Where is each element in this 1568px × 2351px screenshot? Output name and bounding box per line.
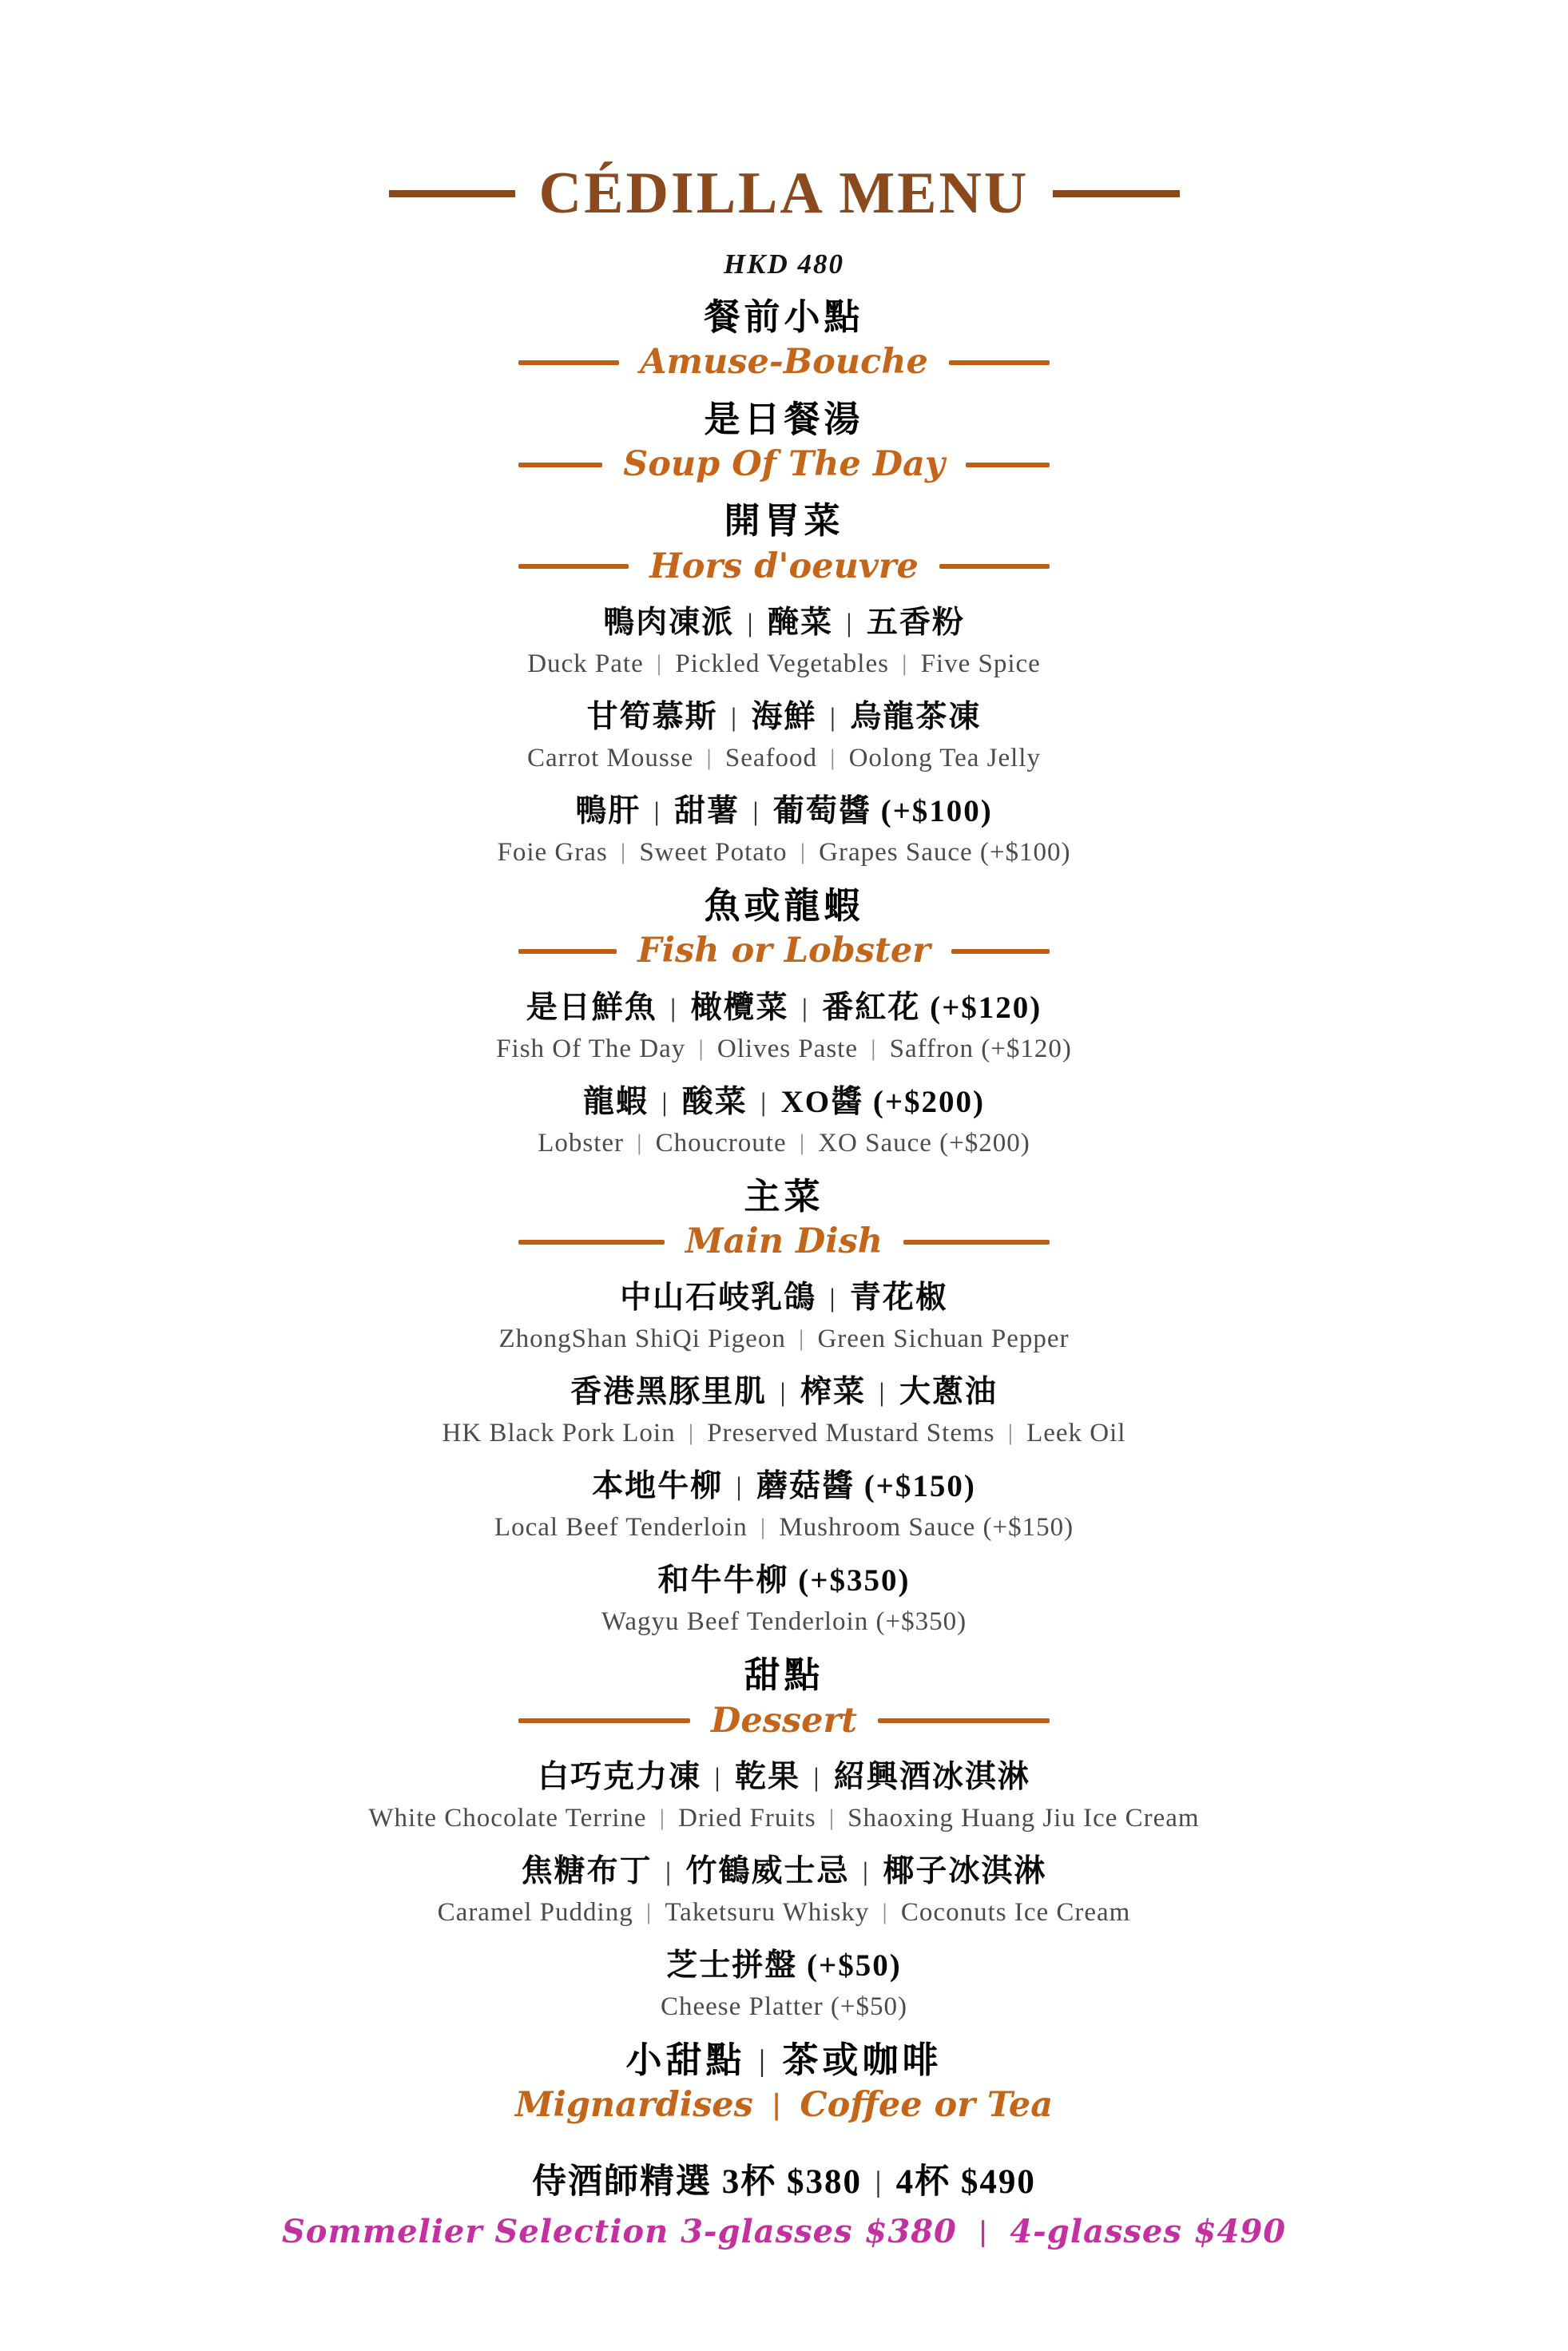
section-title-zh: 開胃菜 [0, 498, 1568, 543]
dish-name-zh-part: 龍蝦 [583, 1085, 649, 1119]
divider-line-right [878, 1718, 1050, 1723]
dish-row: 鴨肝|甜薯|葡萄醬 (+$100)Foie Gras|Sweet Potato|… [0, 792, 1568, 869]
dish-name-en: HK Black Pork Loin|Preserved Mustard Ste… [0, 1417, 1568, 1450]
dish-row: 龍蝦|酸菜|XO醬 (+$200)Lobster|Choucroute|XO S… [0, 1083, 1568, 1160]
dish-name-en: Cheese Platter (+$50) [0, 1991, 1568, 2023]
dish-name-en-part: Mushroom Sauce (+$150) [779, 1513, 1074, 1542]
dish-name-zh-part: 芝士拼盤 (+$50) [666, 1948, 901, 1983]
separator-bar: | [736, 1471, 744, 1503]
dish-row: 香港黑豚里肌|榨菜|大蔥油HK Black Pork Loin|Preserve… [0, 1373, 1568, 1450]
separator-bar: | [902, 650, 908, 678]
dish-name-zh-part: 紹興酒冰淇淋 [834, 1760, 1030, 1794]
section-title-script-part: Main Dish [685, 1221, 883, 1261]
section-title-script-part: Fish or Lobster [637, 931, 931, 971]
separator-bar: | [800, 839, 807, 867]
divider-line-right [939, 564, 1050, 569]
separator-bar: | [875, 2165, 883, 2198]
separator-bar: | [829, 1805, 836, 1833]
separator-bar: | [752, 796, 760, 828]
footer-sommelier-zh: 侍酒師精選 3杯 $380|4杯 $490 [0, 2154, 1568, 2203]
separator-bar: | [731, 701, 739, 734]
dish-name-zh-part: 海鮮 [751, 700, 816, 734]
separator-bar: | [830, 745, 836, 772]
separator-bar: | [689, 1420, 695, 1448]
dish-name-en-part: Leek Oil [1026, 1419, 1125, 1448]
dish-name-en-part: Pickled Vegetables [675, 649, 889, 678]
footer-script-part: Sommelier Selection 3-glasses $380 [282, 2213, 957, 2250]
separator-bar: | [846, 607, 854, 640]
dish-name-en-part: Five Spice [921, 649, 1041, 678]
separator-bar: | [802, 991, 810, 1024]
separator-bar: | [646, 1899, 653, 1927]
dish-name-en-part: Green Sichuan Pepper [817, 1324, 1069, 1353]
dish-name-zh-part: 葡萄醬 (+$100) [773, 794, 993, 828]
dish-name-zh-part: 酸菜 [682, 1085, 748, 1119]
dish-name-zh: 芝士拼盤 (+$50) [0, 1947, 1568, 1986]
section-title-zh: 甜點 [0, 1653, 1568, 1698]
dish-name-zh-part: 橄欖菜 [691, 991, 789, 1025]
separator-bar: | [1007, 1420, 1014, 1448]
dish-name-zh: 香港黑豚里肌|榨菜|大蔥油 [0, 1373, 1568, 1412]
footer-sommelier-script: Sommelier Selection 3-glasses $380|4-gla… [0, 2213, 1568, 2250]
section-title-zh-part: 甜點 [744, 1655, 824, 1695]
section-title-script-part: Amuse-Bouche [640, 342, 928, 382]
separator-bar: | [653, 796, 661, 828]
menu-section: 甜點Dessert白巧克力凍|乾果|紹興酒冰淇淋White Chocolate … [0, 1653, 1568, 2023]
section-title-script: Main Dish [685, 1222, 883, 1261]
dish-row: 甘筍慕斯|海鮮|烏龍茶凍Carrot Mousse|Seafood|Oolong… [0, 698, 1568, 775]
section-title-script: Mignardises|Coffee or Tea [515, 2086, 1053, 2125]
dish-name-zh-part: 乾果 [735, 1760, 800, 1794]
section-title-script: Amuse-Bouche [640, 343, 928, 382]
dish-name-en: Local Beef Tenderloin|Mushroom Sauce (+$… [0, 1511, 1568, 1544]
dish-name-en-part: XO Sauce (+$200) [818, 1129, 1030, 1158]
dish-name-en-part: Cheese Platter (+$50) [661, 1992, 907, 2021]
separator-bar: | [670, 991, 678, 1024]
dish-name-en-part: Foie Gras [497, 838, 607, 867]
dish-name-en-part: HK Black Pork Loin [443, 1419, 676, 1448]
dish-name-zh: 鴨肉凍派|醃菜|五香粉 [0, 604, 1568, 643]
page-title: CÉDILLA MENU [539, 160, 1030, 228]
divider-line-left [518, 564, 629, 569]
separator-bar: | [863, 1856, 871, 1888]
dish-name-en-part: Local Beef Tenderloin [494, 1513, 748, 1542]
dish-row: 和牛牛柳 (+$350)Wagyu Beef Tenderloin (+$350… [0, 1562, 1568, 1638]
menu-price: HKD 480 [0, 248, 1568, 280]
section-subtitle-row: Soup Of The Day [518, 445, 1050, 484]
separator-bar: | [698, 1035, 705, 1063]
separator-bar: | [800, 1130, 806, 1158]
dish-name-zh-part: 焦糖布丁 [522, 1854, 653, 1888]
separator-bar: | [637, 1130, 643, 1158]
dish-name-zh-part: 甜薯 [674, 794, 740, 828]
section-title-zh-part: 主菜 [744, 1177, 824, 1217]
section-subtitle-row: Dessert [518, 1702, 1050, 1741]
dish-name-zh-part: 香港黑豚里肌 [570, 1375, 767, 1409]
separator-bar: | [665, 1856, 673, 1888]
dish-name-en: Duck Pate|Pickled Vegetables|Five Spice [0, 648, 1568, 681]
dish-name-zh-part: 醃菜 [768, 606, 833, 640]
section-title-script-part: Soup Of The Day [623, 444, 945, 484]
dish-name-en-part: Shaoxing Huang Jiu Ice Cream [848, 1804, 1199, 1833]
dish-name-zh: 本地牛柳|蘑菇醬 (+$150) [0, 1467, 1568, 1507]
separator-bar: | [978, 2216, 989, 2247]
dish-name-en: Wagyu Beef Tenderloin (+$350) [0, 1606, 1568, 1638]
dish-name-en-part: Seafood [725, 744, 817, 772]
menu-section: 主菜Main Dish中山石岐乳鴿|青花椒ZhongShan ShiQi Pig… [0, 1174, 1568, 1639]
dish-name-en-part: Wagyu Beef Tenderloin (+$350) [601, 1607, 967, 1636]
dish-name-en-part: Choucroute [656, 1129, 787, 1158]
menu-section: 開胃菜Hors d'oeuvre鴨肉凍派|醃菜|五香粉Duck Pate|Pic… [0, 498, 1568, 869]
dish-row: 鴨肉凍派|醃菜|五香粉Duck Pate|Pickled Vegetables|… [0, 604, 1568, 681]
dish-row: 白巧克力凍|乾果|紹興酒冰淇淋White Chocolate Terrine|D… [0, 1758, 1568, 1835]
separator-bar: | [813, 1761, 821, 1794]
dish-name-en: Fish Of The Day|Olives Paste|Saffron (+$… [0, 1033, 1568, 1066]
section-title-script: Soup Of The Day [623, 445, 945, 484]
footer-script-part: 4-glasses $490 [1010, 2213, 1286, 2250]
dish-row: 是日鮮魚|橄欖菜|番紅花 (+$120)Fish Of The Day|Oliv… [0, 989, 1568, 1066]
menu-section: 魚或龍蝦Fish or Lobster是日鮮魚|橄欖菜|番紅花 (+$120)F… [0, 884, 1568, 1160]
dish-name-en: White Chocolate Terrine|Dried Fruits|Sha… [0, 1802, 1568, 1835]
separator-bar: | [799, 1325, 805, 1353]
separator-bar: | [760, 1086, 768, 1118]
separator-bar: | [829, 1282, 837, 1315]
separator-bar: | [714, 1761, 722, 1794]
dish-name-en-part: Olives Paste [717, 1035, 858, 1063]
divider-line-right [951, 949, 1050, 954]
title-divider-left [389, 190, 515, 197]
dish-name-zh-part: 中山石岐乳鴿 [620, 1281, 816, 1315]
separator-bar: | [879, 1376, 887, 1409]
dish-name-en-part: Lobster [538, 1129, 624, 1158]
dish-row: 焦糖布丁|竹鶴威士忌|椰子冰淇淋Caramel Pudding|Taketsur… [0, 1853, 1568, 1929]
dish-name-zh-part: 榨菜 [800, 1375, 866, 1409]
separator-bar: | [621, 839, 627, 867]
section-title-zh: 餐前小點 [0, 295, 1568, 340]
footer-zh-part: 4杯 $490 [896, 2163, 1036, 2201]
menu-sections: 餐前小點Amuse-Bouche是日餐湯Soup Of The Day開胃菜Ho… [0, 295, 1568, 2126]
dish-name-en: ZhongShan ShiQi Pigeon|Green Sichuan Pep… [0, 1323, 1568, 1356]
dish-name-zh-part: 烏龍茶凍 [850, 700, 981, 734]
separator-bar: | [758, 2041, 769, 2079]
dish-name-en-part: Sweet Potato [639, 838, 787, 867]
divider-line-left [518, 463, 602, 467]
divider-line-right [903, 1240, 1050, 1245]
menu-section: 餐前小點Amuse-Bouche [0, 295, 1568, 383]
menu-page: CÉDILLA MENU HKD 480 餐前小點Amuse-Bouche是日餐… [0, 0, 1568, 2250]
dish-name-zh-part: 本地牛柳 [592, 1469, 723, 1503]
dish-name-en: Carrot Mousse|Seafood|Oolong Tea Jelly [0, 742, 1568, 775]
dish-name-zh-part: 是日鮮魚 [526, 991, 657, 1025]
section-title-zh: 小甜點|茶或咖啡 [0, 2038, 1568, 2083]
dish-name-zh-part: 番紅花 (+$120) [822, 991, 1042, 1025]
divider-line-right [966, 463, 1050, 467]
dish-name-zh-part: XO醬 (+$200) [781, 1085, 985, 1119]
dish-name-zh-part: 竹鶴威士忌 [685, 1854, 849, 1888]
divider-line-left [518, 360, 619, 365]
dish-name-en-part: Fish Of The Day [496, 1035, 685, 1063]
dish-name-en-part: Dried Fruits [678, 1804, 816, 1833]
dish-name-en-part: Coconuts Ice Cream [901, 1898, 1130, 1927]
section-title-script-part: Dessert [711, 1701, 857, 1741]
dish-name-zh: 鴨肝|甜薯|葡萄醬 (+$100) [0, 792, 1568, 832]
section-subtitle-row: Mignardises|Coffee or Tea [518, 2086, 1050, 2125]
dish-name-en: Lobster|Choucroute|XO Sauce (+$200) [0, 1127, 1568, 1160]
dish-name-en-part: Caramel Pudding [438, 1898, 633, 1927]
dish-name-zh-part: 鴨肉凍派 [603, 606, 734, 640]
dish-name-en-part: Carrot Mousse [527, 744, 693, 772]
section-title-script-part: Coffee or Tea [800, 2085, 1053, 2125]
dish-name-zh-part: 甘筍慕斯 [587, 700, 718, 734]
section-title-zh: 主菜 [0, 1174, 1568, 1219]
section-subtitle-row: Main Dish [518, 1222, 1050, 1261]
separator-bar: | [747, 607, 755, 640]
dish-name-zh: 和牛牛柳 (+$350) [0, 1562, 1568, 1601]
dish-name-zh: 中山石岐乳鴿|青花椒 [0, 1279, 1568, 1318]
section-subtitle-row: Hors d'oeuvre [518, 547, 1050, 586]
dish-name-en-part: Grapes Sauce (+$100) [819, 838, 1070, 867]
dish-name-zh-part: 和牛牛柳 (+$350) [658, 1563, 911, 1598]
section-title-zh: 魚或龍蝦 [0, 884, 1568, 928]
section-title-zh-part: 開胃菜 [724, 501, 844, 541]
dish-name-en-part: ZhongShan ShiQi Pigeon [498, 1324, 785, 1353]
separator-bar: | [830, 701, 838, 734]
dish-row: 本地牛柳|蘑菇醬 (+$150)Local Beef Tenderloin|Mu… [0, 1467, 1568, 1544]
title-divider-right [1053, 190, 1179, 197]
separator-bar: | [771, 2090, 783, 2122]
section-title-script: Dessert [711, 1702, 857, 1741]
dish-name-zh-part: 青花椒 [850, 1281, 948, 1315]
section-title-script-part: Mignardises [515, 2085, 753, 2125]
dish-name-zh-part: 蘑菇醬 (+$150) [756, 1469, 976, 1503]
menu-section: 小甜點|茶或咖啡Mignardises|Coffee or Tea [0, 2038, 1568, 2126]
divider-line-left [518, 1718, 690, 1723]
dish-row: 中山石岐乳鴿|青花椒ZhongShan ShiQi Pigeon|Green S… [0, 1279, 1568, 1356]
section-title-zh-part: 是日餐湯 [704, 399, 863, 439]
dish-name-en-part: White Chocolate Terrine [368, 1804, 646, 1833]
menu-section: 是日餐湯Soup Of The Day [0, 397, 1568, 485]
dish-name-en-part: Saffron (+$120) [890, 1035, 1072, 1063]
dish-name-en: Caramel Pudding|Taketsuru Whisky|Coconut… [0, 1896, 1568, 1929]
dish-name-en-part: Preserved Mustard Stems [707, 1419, 994, 1448]
section-title-zh-part: 茶或咖啡 [783, 2040, 943, 2080]
dish-name-zh-part: 鴨肝 [575, 794, 641, 828]
dish-name-en-part: Oolong Tea Jelly [849, 744, 1041, 772]
dish-name-zh-part: 大蔥油 [899, 1375, 998, 1409]
dish-name-en-part: Duck Pate [527, 649, 644, 678]
divider-line-right [949, 360, 1050, 365]
section-title-script: Hors d'oeuvre [649, 547, 919, 586]
divider-line-left [518, 949, 617, 954]
separator-bar: | [706, 745, 713, 772]
dish-name-zh-part: 椰子冰淇淋 [883, 1854, 1046, 1888]
section-title-zh-part: 小甜點 [625, 2040, 745, 2080]
separator-bar: | [871, 1035, 877, 1063]
separator-bar: | [660, 1805, 666, 1833]
section-title-script-part: Hors d'oeuvre [649, 546, 919, 586]
section-title-zh-part: 餐前小點 [704, 297, 863, 337]
divider-line-left [518, 1240, 665, 1245]
separator-bar: | [661, 1086, 669, 1118]
separator-bar: | [780, 1376, 788, 1409]
section-subtitle-row: Fish or Lobster [518, 931, 1050, 971]
dish-name-zh-part: 五香粉 [867, 606, 965, 640]
dish-name-zh: 龍蝦|酸菜|XO醬 (+$200) [0, 1083, 1568, 1122]
separator-bar: | [657, 650, 663, 678]
footer-zh-part: 侍酒師精選 3杯 $380 [532, 2163, 862, 2201]
separator-bar: | [760, 1514, 767, 1542]
dish-name-zh: 白巧克力凍|乾果|紹興酒冰淇淋 [0, 1758, 1568, 1797]
dish-name-en-part: Taketsuru Whisky [665, 1898, 869, 1927]
dish-name-zh: 甘筍慕斯|海鮮|烏龍茶凍 [0, 698, 1568, 737]
dish-name-zh-part: 白巧克力凍 [538, 1760, 701, 1794]
section-title-zh-part: 魚或龍蝦 [704, 886, 863, 926]
section-title-script: Fish or Lobster [637, 931, 931, 971]
menu-title-row: CÉDILLA MENU [389, 160, 1180, 228]
section-title-zh: 是日餐湯 [0, 397, 1568, 442]
section-subtitle-row: Amuse-Bouche [518, 343, 1050, 382]
dish-name-zh: 焦糖布丁|竹鶴威士忌|椰子冰淇淋 [0, 1853, 1568, 1892]
dish-name-en: Foie Gras|Sweet Potato|Grapes Sauce (+$1… [0, 836, 1568, 869]
separator-bar: | [882, 1899, 888, 1927]
dish-row: 芝士拼盤 (+$50)Cheese Platter (+$50) [0, 1947, 1568, 2023]
dish-name-zh: 是日鮮魚|橄欖菜|番紅花 (+$120) [0, 989, 1568, 1028]
